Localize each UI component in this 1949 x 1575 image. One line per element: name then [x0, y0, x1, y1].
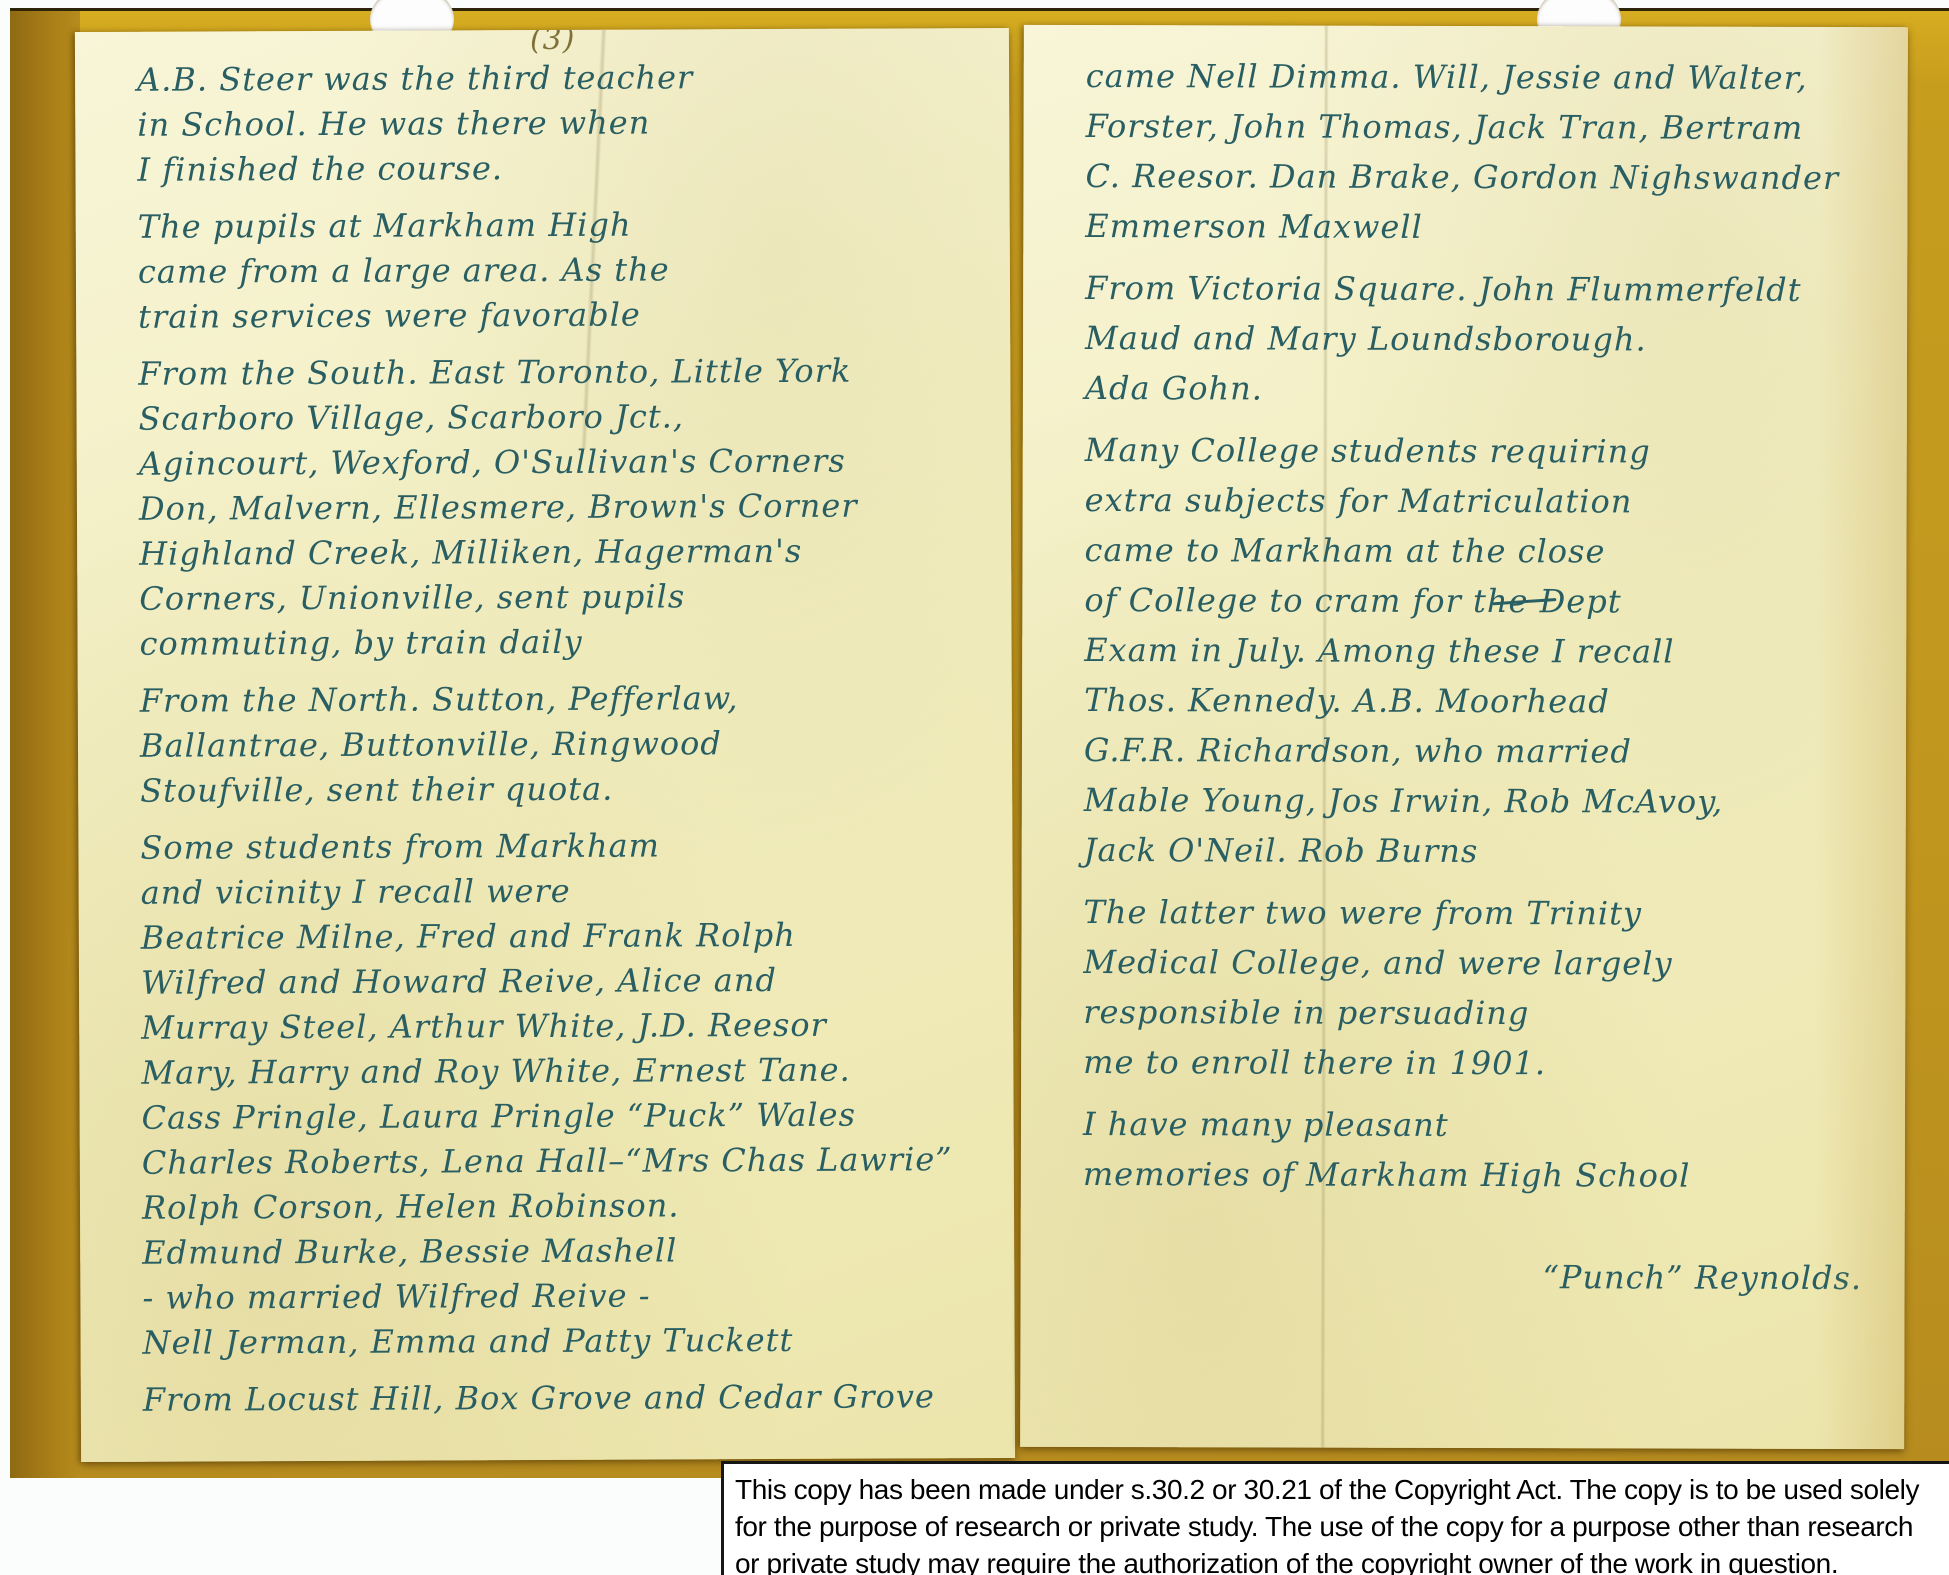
- handwriting-line: From Locust Hill, Box Grove and Cedar Gr…: [143, 1374, 1005, 1423]
- handwriting-line: Edmund Burke, Bessie Mashell: [142, 1227, 1004, 1276]
- copyright-line: for the purpose of research or private s…: [735, 1508, 1945, 1545]
- handwriting-line: Scarboro Village, Scarboro Jct.,: [138, 393, 1000, 442]
- page-number: (3): [530, 28, 576, 57]
- handwriting-line: me to enroll there in 1901.: [1083, 1037, 1895, 1089]
- handwriting-line: Wilfred and Howard Reive, Alice and: [141, 957, 1003, 1006]
- handwriting-line: Don, Malvern, Ellesmere, Brown's Corner: [139, 483, 1001, 532]
- manuscript-page-left: (3) A.B. Steer was the third teacher in …: [75, 28, 1015, 1462]
- signature: “Punch” Reynolds.: [1543, 1252, 1895, 1303]
- handwriting-line: came to Markham at the close: [1084, 525, 1896, 577]
- handwriting-line: The latter two were from Trinity: [1083, 887, 1895, 939]
- handwriting-line: in School. He was there when: [137, 99, 999, 148]
- handwriting-line: From the North. Sutton, Pefferlaw,: [140, 675, 1002, 724]
- handwriting-line: Jack O'Neil. Rob Burns: [1084, 825, 1896, 877]
- handwriting-line: Mable Young, Jos Irwin, Rob McAvoy,: [1084, 775, 1896, 827]
- handwriting-line: Exam in July. Among these I recall: [1084, 625, 1896, 677]
- handwriting-line: memories of Markham High School: [1083, 1149, 1895, 1201]
- handwritten-text-right: came Nell Dimma. Will, Jessie and Walter…: [1021, 25, 1908, 1303]
- handwriting-line: Rolph Corson, Helen Robinson.: [142, 1182, 1004, 1231]
- handwriting-line: came from a large area. As the: [138, 246, 1000, 295]
- handwriting-line: From Victoria Square. John Flummerfeldt: [1085, 263, 1897, 315]
- handwriting-line: Nell Jerman, Emma and Patty Tuckett: [143, 1317, 1005, 1366]
- handwriting-line: commuting, by train daily: [139, 618, 1001, 667]
- handwriting-line: train services were favorable: [138, 291, 1000, 340]
- handwritten-text-left: (3) A.B. Steer was the third teacher in …: [75, 28, 1015, 1423]
- handwriting-line: I have many pleasant: [1083, 1099, 1895, 1151]
- handwriting-line: Ballantrae, Buttonville, Ringwood: [140, 720, 1002, 769]
- handwriting-line: Highland Creek, Milliken, Hagerman's: [139, 528, 1001, 577]
- handwriting-line: Some students from Markham: [140, 822, 1002, 871]
- handwriting-line: Beatrice Milne, Fred and Frank Rolph: [141, 912, 1003, 961]
- copyright-line: This copy has been made under s.30.2 or …: [735, 1471, 1945, 1508]
- handwriting-line: Emmerson Maxwell: [1085, 201, 1897, 253]
- handwriting-line: Cass Pringle, Laura Pringle “Puck” Wales: [142, 1092, 1004, 1141]
- handwriting-line: Ada Gohn.: [1085, 363, 1897, 415]
- handwriting-line: and vicinity I recall were: [141, 867, 1003, 916]
- handwriting-line: C. Reesor. Dan Brake, Gordon Nighswander: [1085, 151, 1897, 203]
- handwriting-line: A.B. Steer was the third teacher: [137, 54, 999, 103]
- handwriting-line: Many College students requiring: [1085, 425, 1897, 477]
- scanned-document: { "scan": { "ink_color": "#295e62", "pap…: [0, 0, 1949, 1575]
- handwriting-line: Thos. Kennedy. A.B. Moorhead: [1084, 675, 1896, 727]
- handwriting-line: - who married Wilfred Reive -: [142, 1272, 1004, 1321]
- manuscript-page-right: came Nell Dimma. Will, Jessie and Walter…: [1020, 25, 1908, 1449]
- handwriting-line-with-strikethrough: of College to cram for the Dept: [1084, 575, 1896, 627]
- handwriting-line: Maud and Mary Loundsborough.: [1085, 313, 1897, 365]
- handwriting-line: I finished the course.: [137, 144, 999, 193]
- handwriting-line: Stoufville, sent their quota.: [140, 765, 1002, 814]
- handwriting-line: Murray Steel, Arthur White, J.D. Reesor: [141, 1002, 1003, 1051]
- handwriting-line: came Nell Dimma. Will, Jessie and Walter…: [1086, 51, 1898, 103]
- mat-board-left-edge: [10, 11, 80, 1478]
- handwriting-line: Forster, John Thomas, Jack Tran, Bertram: [1086, 101, 1898, 153]
- handwriting-line: Corners, Unionville, sent pupils: [139, 573, 1001, 622]
- handwriting-line: From the South. East Toronto, Little Yor…: [138, 348, 1000, 397]
- handwriting-line: extra subjects for Matriculation: [1085, 475, 1897, 527]
- handwriting-line: Agincourt, Wexford, O'Sullivan's Corners: [139, 438, 1001, 487]
- copyright-notice: This copy has been made under s.30.2 or …: [721, 1461, 1949, 1575]
- handwriting-line: responsible in persuading: [1083, 987, 1895, 1039]
- handwriting-line: The pupils at Markham High: [138, 201, 1000, 250]
- handwriting-line: Charles Roberts, Lena Hall–“Mrs Chas Law…: [142, 1137, 1004, 1186]
- handwriting-line: G.F.R. Richardson, who married: [1084, 725, 1896, 777]
- handwriting-line: Mary, Harry and Roy White, Ernest Tane.: [141, 1047, 1003, 1096]
- handwriting-line: Medical College, and were largely: [1083, 937, 1895, 989]
- copyright-line: or private study may require the authori…: [735, 1545, 1945, 1575]
